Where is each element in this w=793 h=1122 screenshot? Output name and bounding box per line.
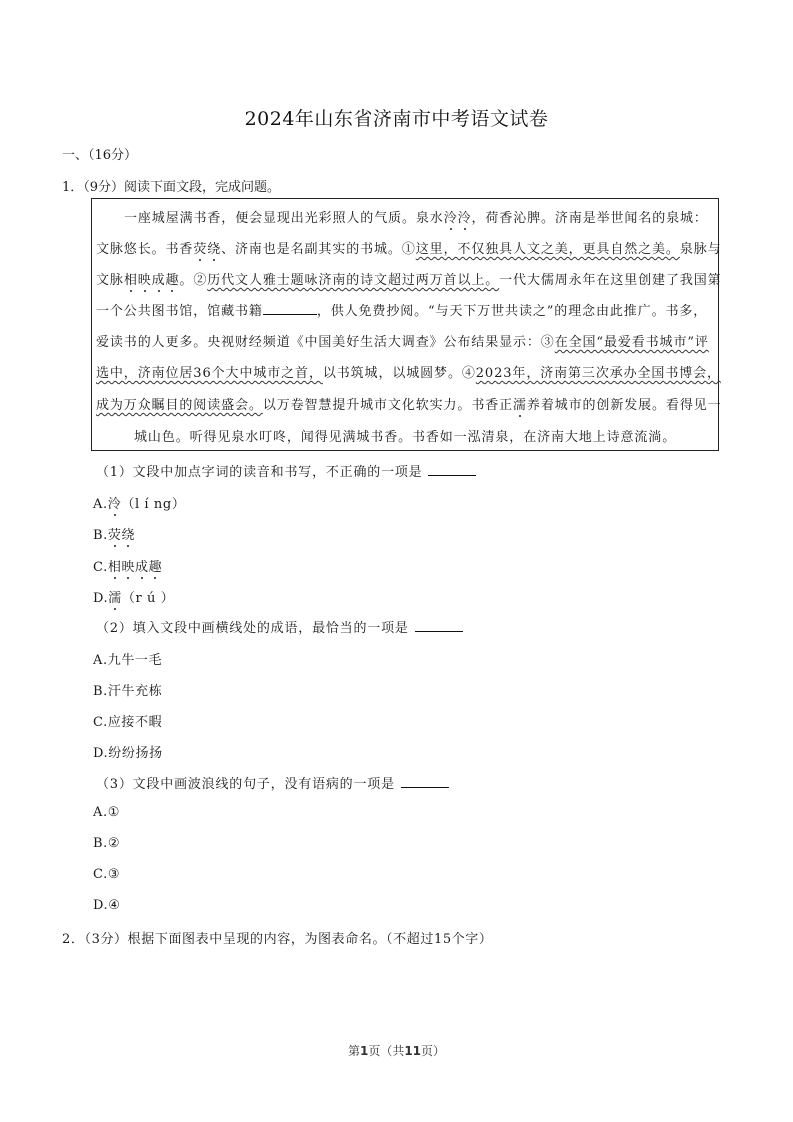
emphasis-char: 绕 [207, 242, 221, 257]
option-text: ② [108, 836, 120, 851]
passage-text-segment: 养着城市的创新发展。看得见一 [527, 398, 722, 413]
emphasis-char: 泠 [444, 211, 458, 226]
option-text: 泠 [108, 497, 122, 512]
passage-line: 成为万众瞩目的阅读盛会。以万卷智慧提升城市文化软实力。书香正濡养着城市的创新发展… [96, 394, 716, 413]
option-label: C. [93, 867, 108, 882]
option-text: 纷纷扬扬 [108, 746, 162, 761]
subquestion-3-prompt: （3）文段中画波浪线的句子，没有语病的一项是 [96, 777, 395, 792]
option-2d[interactable]: D.纷纷扬扬 [93, 742, 163, 761]
option-pinyin: （r ú ） [122, 591, 174, 606]
passage-text-segment: 泉脉与 [680, 242, 722, 257]
emphasis-char: 成 [135, 560, 149, 575]
wavy-underlined-sentence: 在全国“最爱看书城市”评 [555, 335, 709, 350]
emphasis-char: 映 [121, 560, 135, 575]
option-text: 荧绕 [108, 528, 135, 543]
subquestion-2-prompt: （2）填入文段中画横线处的成语，最恰当的一项是 [96, 621, 409, 636]
footer-middle: 页（共 [368, 1044, 404, 1058]
option-text: ① [108, 805, 120, 820]
fill-in-blank[interactable] [263, 302, 317, 315]
option-label: B. [93, 684, 108, 699]
emphasis-char: 荧 [193, 242, 207, 257]
passage-text-segment: 爱读书的人更多。央视财经频道《中国美好生活大调查》公布结果显示：③ [96, 335, 555, 350]
option-3b[interactable]: B.② [93, 836, 120, 851]
option-3a[interactable]: A.① [93, 805, 120, 820]
option-1a[interactable]: A.泠（l í ng） [93, 493, 185, 512]
footer-suffix: 页） [421, 1044, 445, 1058]
emphasis-char: 濡 [513, 398, 527, 413]
passage-box [91, 198, 719, 451]
subquestion-3: （3）文段中画波浪线的句子，没有语病的一项是 [96, 773, 449, 792]
option-label: D. [93, 898, 108, 913]
option-label: A. [93, 653, 108, 668]
wavy-underlined-sentence: 2023年，济南第三次承办全国书博会， [476, 366, 721, 381]
passage-text-segment: 一个公共图书馆，馆藏书籍 [96, 304, 263, 319]
wavy-underlined-sentence: 这里，不仅独具人文之美，更具自然之美。 [416, 242, 680, 257]
passage-text-segment: 文脉 [96, 273, 124, 288]
option-label: C. [93, 560, 108, 575]
emphasis-char: 相 [108, 560, 122, 575]
passage-text-segment: ，荷香沁脾。济南是举世闻名的泉城： [472, 211, 708, 226]
emphasis-char: 映 [138, 273, 152, 288]
option-label: C. [93, 715, 108, 730]
option-1c[interactable]: C.相映成趣 [93, 556, 162, 575]
wavy-underlined-sentence: 历代文人雅士题咏济南的诗文超过两万首以上。 [207, 273, 499, 288]
passage-text-segment: 一代大儒周永年在这里创建了我国第 [499, 273, 721, 288]
option-pinyin: （l í ng） [121, 497, 185, 512]
question-2-stem: 2．（3分）根据下面图表中呈现的内容，为图表命名。（不超过15个字） [62, 928, 492, 947]
passage-text-segment: 一座城屋满书香，便会显现出光彩照人的气质。泉水 [124, 211, 444, 226]
option-label: D. [93, 746, 108, 761]
passage-text-segment: ，供人免费抄阅。“与天下万世共读之”的理念由此推广。书多， [317, 304, 707, 319]
subquestion-2: （2）填入文段中画横线处的成语，最恰当的一项是 [96, 617, 463, 636]
passage-text-segment: 。② [179, 273, 207, 288]
emphasis-char: 趣 [149, 560, 163, 575]
question-1-stem: 1．（9分）阅读下面文段，完成问题。 [62, 176, 280, 195]
option-2a[interactable]: A.九牛一毛 [93, 649, 162, 668]
passage-line: 城山色。听得见泉水叮咚，闻得见满城书香。书香如一泓清泉，在济南大地上诗意流淌。 [96, 426, 754, 445]
option-text: 濡 [108, 591, 122, 606]
option-text: 九牛一毛 [108, 653, 162, 668]
option-label: D. [93, 591, 108, 606]
wavy-underlined-sentence: 选中，济南位居36个大中城市之首， [96, 366, 323, 381]
exam-title: 2024年山东省济南市中考语文试卷 [0, 104, 793, 131]
passage-text-segment: 以万卷智慧提升城市文化软实力。书香正 [263, 398, 513, 413]
passage-text-segment: 城山色。听得见泉水叮咚，闻得见满城书香。书香如一泓清泉，在济南大地上诗意流淌。 [134, 430, 676, 445]
option-label: B. [93, 836, 108, 851]
passage-line: 选中，济南位居36个大中城市之首，以书筑城，以城圆梦。④2023年，济南第三次承… [96, 362, 716, 381]
emphasis-char: 绕 [122, 528, 136, 543]
option-text: 应接不暇 [108, 715, 162, 730]
emphasis-char: 荧 [108, 528, 122, 543]
option-3c[interactable]: C.③ [93, 867, 120, 882]
passage-line: 爱读书的人更多。央视财经频道《中国美好生活大调查》公布结果显示：③在全国“最爱看… [96, 331, 716, 350]
subquestion-1-prompt: （1）文段中加点字词的读音和书写，不正确的一项是 [96, 465, 422, 480]
passage-line: 一座城屋满书香，便会显现出光彩照人的气质。泉水泠泠，荷香沁脾。济南是举世闻名的泉… [96, 207, 744, 226]
total-pages: 11 [404, 1044, 421, 1058]
passage-line: 一个公共图书馆，馆藏书籍，供人免费抄阅。“与天下万世共读之”的理念由此推广。书多… [96, 300, 716, 319]
emphasis-char: 相 [124, 273, 138, 288]
option-2b[interactable]: B.汗牛充栋 [93, 680, 162, 699]
passage-text-segment: 、济南也是名副其实的书城。① [221, 242, 416, 257]
emphasis-char: 趣 [166, 273, 180, 288]
option-1b[interactable]: B.荧绕 [93, 524, 135, 543]
option-2c[interactable]: C.应接不暇 [93, 711, 162, 730]
wavy-underlined-sentence: 成为万众瞩目的阅读盛会。 [96, 398, 263, 413]
answer-blank[interactable] [401, 775, 449, 788]
footer-prefix: 第 [348, 1044, 360, 1058]
option-1d[interactable]: D.濡（r ú ） [93, 587, 174, 606]
option-3d[interactable]: D.④ [93, 898, 121, 913]
passage-text-segment: 文脉悠长。书香 [96, 242, 193, 257]
option-label: A. [93, 497, 108, 512]
answer-blank[interactable] [428, 463, 476, 476]
option-text: 相映成趣 [108, 560, 162, 575]
option-label: A. [93, 805, 108, 820]
option-text: 汗牛充栋 [108, 684, 162, 699]
section-header: 一、（16分） [62, 144, 137, 163]
emphasis-char: 成 [152, 273, 166, 288]
option-label: B. [93, 528, 108, 543]
page-footer: 第1页（共11页） [0, 1042, 793, 1059]
passage-line: 文脉相映成趣。②历代文人雅士题咏济南的诗文超过两万首以上。一代大儒周永年在这里创… [96, 269, 716, 288]
option-text: ④ [108, 898, 120, 913]
option-text: ③ [108, 867, 120, 882]
passage-text-segment: 以书筑城，以城圆梦。④ [323, 366, 476, 381]
answer-blank[interactable] [415, 619, 463, 632]
subquestion-1: （1）文段中加点字词的读音和书写，不正确的一项是 [96, 461, 476, 480]
emphasis-char: 泠 [458, 211, 472, 226]
passage-line: 文脉悠长。书香荧绕、济南也是名副其实的书城。①这里，不仅独具人文之美，更具自然之… [96, 238, 716, 257]
